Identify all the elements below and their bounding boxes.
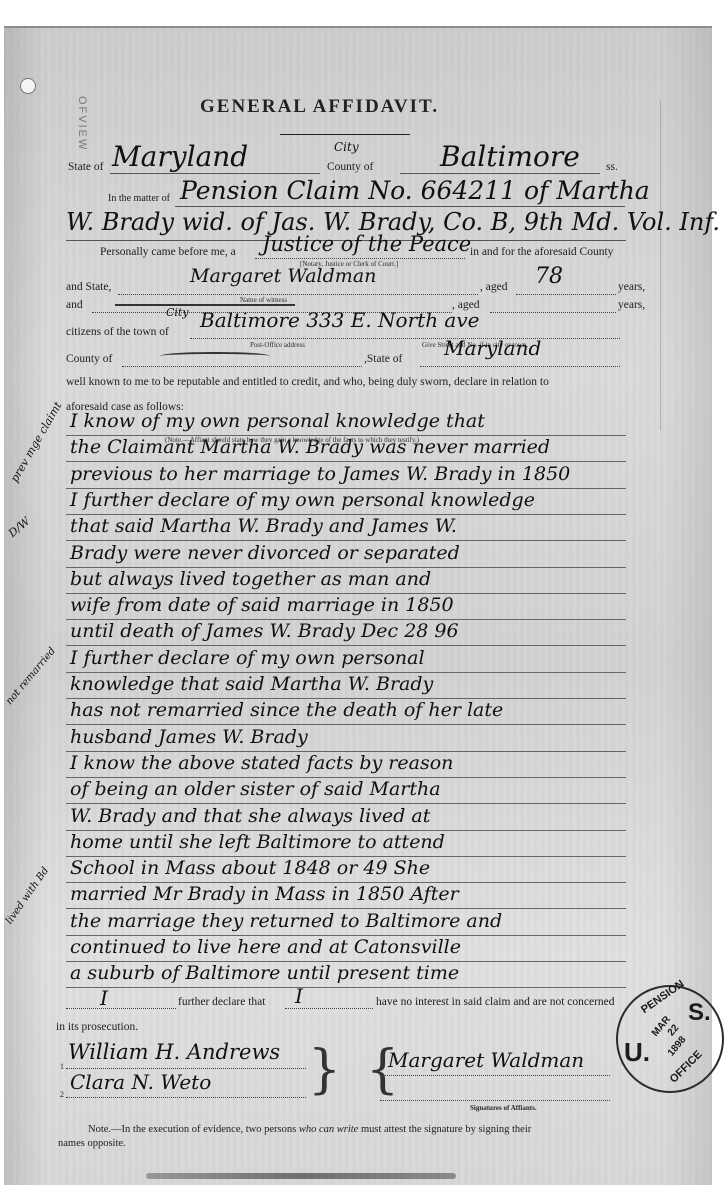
matter-label: In the matter of <box>108 193 170 204</box>
testimony-line: I know of my own personal knowledge that <box>70 410 485 432</box>
testimony-line: husband James W. Brady <box>70 726 308 748</box>
declaration-line-1 <box>66 1008 176 1009</box>
county-line <box>400 173 600 174</box>
testimony-line: W. Brady and that she always lived at <box>70 805 430 827</box>
affiant2-label: and <box>66 299 83 311</box>
testimony-line: a suburb of Baltimore until present time <box>70 962 459 984</box>
declaration-text-1: further declare that <box>178 996 265 1008</box>
signature-caption: Signatures of Affiants. <box>470 1104 537 1112</box>
faint-vertical-stamp: OFVIEW <box>76 96 88 151</box>
county-prefix: City <box>334 140 359 154</box>
witness-1-number: 1 <box>60 1062 64 1071</box>
testimony-line: School in Mass about 1848 or 49 She <box>70 857 430 879</box>
officer-line <box>255 258 465 259</box>
witness-1-line <box>66 1068 306 1069</box>
witness-1-signature: William H. Andrews <box>68 1040 280 1064</box>
testimony-rule <box>66 987 626 988</box>
witness-2-signature: Clara N. Weto <box>70 1070 211 1094</box>
stamp-left: U. <box>624 1037 650 1068</box>
residence-prefix: City <box>166 306 189 319</box>
affiant1-age: 78 <box>535 264 563 289</box>
testimony-line: has not remarried since the death of her… <box>70 699 503 721</box>
witness-2-number: 2 <box>60 1090 64 1099</box>
matter-line-1: Pension Claim No. 664211 of Martha <box>180 176 650 205</box>
testimony-line: knowledge that said Martha W. Brady <box>70 673 433 695</box>
note-affiant-knowledge: (Note.—Affiant should state how they gai… <box>165 436 419 444</box>
matter-rule-1 <box>175 206 625 207</box>
testimony-line: home until she left Baltimore to attend <box>70 831 445 853</box>
stamp-right: S. <box>688 999 711 1027</box>
footer-note-emphasis: who can write <box>299 1124 359 1135</box>
affiant1-label: and State, <box>66 281 111 293</box>
state-label: State of <box>68 161 103 173</box>
testimony-line: until death of James W. Brady Dec 28 96 <box>70 620 459 642</box>
residence-line <box>190 338 620 339</box>
affiant1-underline <box>115 304 295 306</box>
testimony-line: I further declare of my own personal kno… <box>70 489 535 511</box>
testimony-line: I know the above stated facts by reason <box>70 752 453 774</box>
witness-2-line <box>66 1097 306 1098</box>
torn-corner-mark <box>20 78 36 94</box>
state2-label: ,State of <box>364 353 402 365</box>
affiant2-years: years, <box>618 299 645 311</box>
testimony-line: married Mr Brady in Mass in 1850 After <box>70 883 459 905</box>
residence-label: citizens of the town of <box>66 326 169 338</box>
footer-note-line-2: names opposite. <box>58 1138 126 1149</box>
bottom-smudge <box>146 1173 456 1179</box>
declaration-text-3: in its prosecution. <box>56 1021 138 1033</box>
residence-caption-left: Post-Office address <box>250 341 305 349</box>
residence-value: Baltimore 333 E. North ave <box>200 308 480 332</box>
county-label: County of <box>327 161 373 173</box>
testimony-line: I further declare of my own personal <box>70 647 425 669</box>
ss-label: ss. <box>606 161 618 173</box>
county-value: Baltimore <box>440 140 580 173</box>
testimony-line: that said Martha W. Brady and James W. <box>70 515 457 537</box>
affiant-signature-line-1 <box>380 1075 610 1076</box>
state2-value: Maryland <box>444 336 541 360</box>
declaration-pronoun-2: I <box>295 984 303 1008</box>
stamp-year: 1898 <box>666 1034 689 1058</box>
testimony-line: of being an older sister of said Martha <box>70 778 441 800</box>
testimony-line: wife from date of said marriage in 1850 <box>70 594 454 616</box>
title-rule <box>280 134 410 135</box>
affiant-signature: Margaret Waldman <box>388 1048 584 1072</box>
pension-office-stamp: PENSION U. S. OFFICE MAR 22 1898 <box>616 985 724 1093</box>
affiant-signature-line-2 <box>380 1100 610 1101</box>
witness-brace: } <box>308 1044 341 1096</box>
declaration-text-2: have no interest in said claim and are n… <box>376 996 615 1008</box>
officer-after: in and for the aforesaid County <box>470 246 613 258</box>
officer-value: Justice of the Peace <box>262 232 471 256</box>
declaration-pronoun-1: I <box>100 986 108 1010</box>
county2-label: County of <box>66 353 112 365</box>
affiant1-name: Margaret Waldman <box>190 265 376 287</box>
county2-dash-mark <box>160 352 270 360</box>
testimony-line: the marriage they returned to Baltimore … <box>70 910 502 932</box>
affiant1-age-line <box>516 294 616 295</box>
declaration-line-2 <box>285 1008 373 1009</box>
testimony-line: previous to her marriage to James W. Bra… <box>70 463 570 485</box>
footer-note-suffix: must attest the signature by signing the… <box>361 1124 531 1135</box>
state-value: Maryland <box>112 140 248 173</box>
state-line <box>110 173 320 174</box>
footer-note: Note.—In the execution of evidence, two … <box>88 1124 531 1135</box>
officer-label: Personally came before me, a <box>100 246 236 258</box>
page-title: GENERAL AFFIDAVIT. <box>200 96 439 118</box>
county2-line <box>122 366 362 367</box>
state2-line <box>420 366 620 367</box>
sworn-text: well known to me to be reputable and ent… <box>66 376 549 388</box>
footer-note-prefix: Note.—In the execution of evidence, two … <box>88 1124 296 1135</box>
testimony-line: continued to live here and at Catonsvill… <box>70 936 461 958</box>
testimony-line: Brady were never divorced or separated <box>70 542 460 564</box>
affiant2-age-line <box>490 312 616 313</box>
column-fold-line <box>660 100 661 430</box>
affiant1-caption: Name of witness <box>240 296 287 304</box>
testimony-line: but always lived together as man and <box>70 568 431 590</box>
affiant1-years: years, <box>618 281 645 293</box>
affiant1-aged-label: , aged <box>480 281 507 293</box>
affiant1-line <box>118 294 478 295</box>
